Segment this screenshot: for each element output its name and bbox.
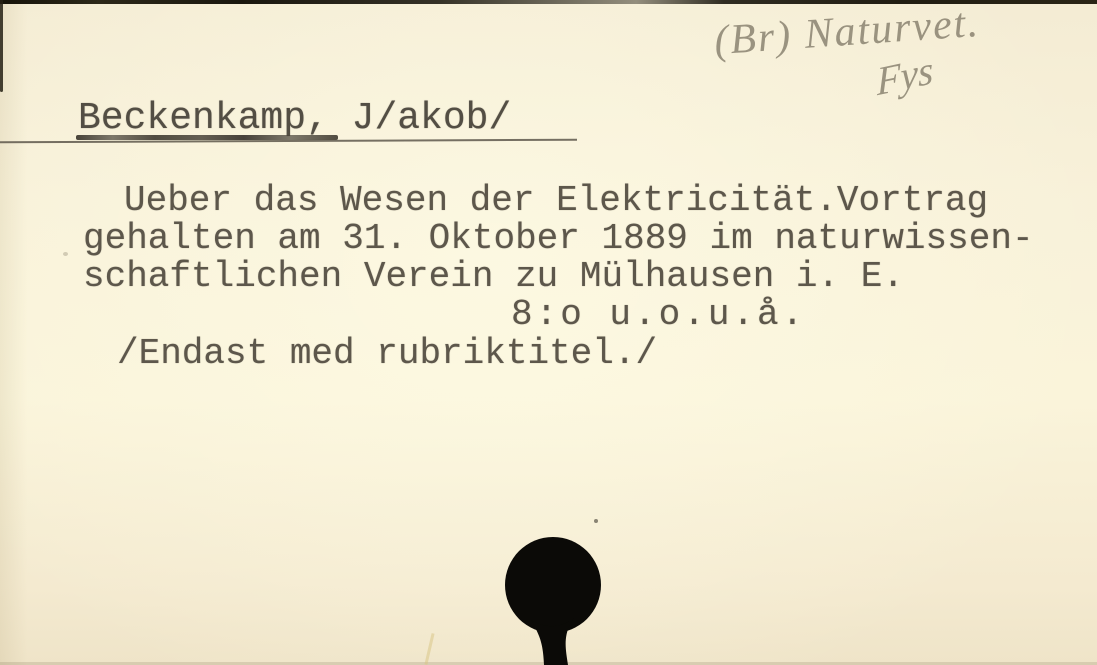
punch-hole-keyhole	[490, 530, 620, 665]
author-heading: Beckenkamp, J/akob/	[78, 100, 511, 138]
title-line-3: schaftlichen Verein zu Mülhausen i. E.	[83, 259, 904, 295]
title-line-2: gehalten am 31. Oktober 1889 im naturwis…	[83, 221, 1034, 257]
paper-speck	[594, 519, 598, 523]
paper-speck	[63, 252, 68, 256]
pencil-annotation-subject: Fys	[876, 46, 934, 106]
catalog-card: (Br) Naturvet. Fys Beckenkamp, J/akob/ U…	[0, 0, 1097, 665]
title-line-1: Ueber das Wesen der Elektricität.Vortrag	[124, 183, 988, 219]
format-note-line: 8:o u.o.u.å.	[511, 297, 806, 333]
paper-scratch	[424, 633, 434, 665]
pencil-annotation-classification: (Br) Naturvet.	[713, 0, 982, 65]
cataloger-note-line: /Endast med rubriktitel./	[117, 336, 657, 372]
card-left-edge	[0, 0, 3, 92]
heading-underline	[76, 135, 338, 140]
